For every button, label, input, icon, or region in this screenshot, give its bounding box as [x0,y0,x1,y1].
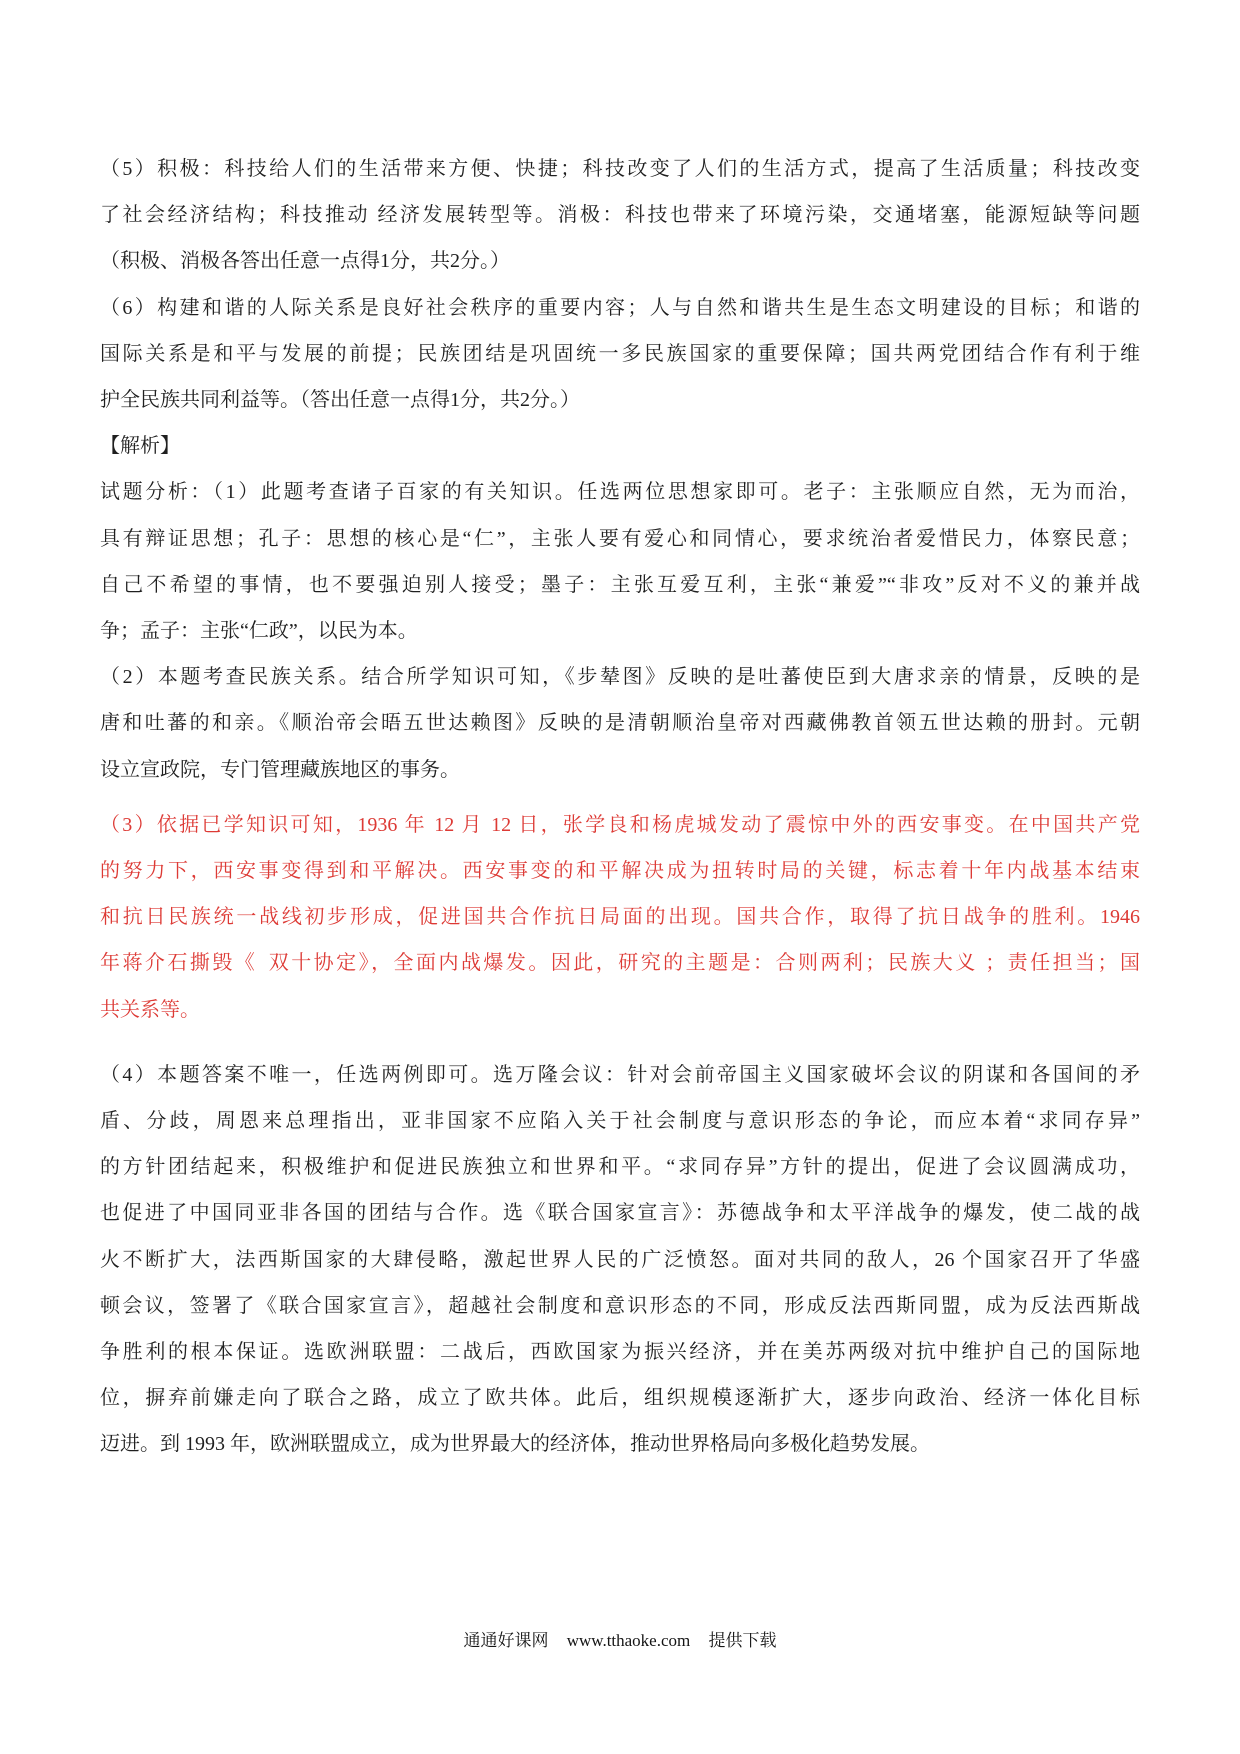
text-line: （积极、消极各答出任意一点得1分，共2分。） [100,238,1140,284]
answer-point-6: （6）构建和谐的人际关系是良好社会秩序的重要内容；人与自然和谐共生是生态文明建设… [100,285,1140,424]
page-footer: 通通好课网 www.tthaoke.com 提供下载 [0,1630,1240,1652]
text-line: 了社会经济结构；科技推动 经济发展转型等。消极：科技也带来了环境污染，交通堵塞，… [100,192,1140,238]
text-line: 迈进。到 1993 年，欧洲联盟成立，成为世界最大的经济体，推动世界格局向多极化… [100,1421,1140,1467]
text-line: （6）构建和谐的人际关系是良好社会秩序的重要内容；人与自然和谐共生是生态文明建设… [100,285,1140,331]
text-line: （3）依据已学知识可知，1936 年 12 月 12 日，张学良和杨虎城发动了震… [100,802,1140,848]
text-line: 顿会议，签署了《联合国家宣言》，超越社会制度和意识形态的不同，形成反法西斯同盟，… [100,1283,1140,1329]
answer-point-5: （5）积极：科技给人们的生活带来方便、快捷；科技改变了人们的生活方式，提高了生活… [100,146,1140,285]
analysis-point-1: 试题分析：（1）此题考查诸子百家的有关知识。任选两位思想家即可。老子：主张顺应自… [100,469,1140,654]
footer-note: 提供下载 [709,1631,777,1650]
text-line: 自己不希望的事情，也不要强迫别人接受；墨子：主张互爱互利，主张“兼爱”“非攻”反… [100,562,1140,608]
text-segment: 年蒋介石撕毁《 [100,952,257,974]
text-line: 唐和吐蕃的和亲。《顺治帝会晤五世达赖图》反映的是清朝顺治皇帝对西藏佛教首领五世达… [100,700,1140,746]
analysis-point-2: （2）本题考查民族关系。结合所学知识可知，《步辇图》反映的是吐蕃使臣到大唐求亲的… [100,654,1140,793]
text-line: 共关系等。 [100,987,1140,1033]
text-line: 的努力下，西安事变得到和平解决。西安事变的和平解决成为扭转时局的关键，标志着十年… [100,848,1140,894]
text-line: 试题分析：（1）此题考查诸子百家的有关知识。任选两位思想家即可。老子：主张顺应自… [100,469,1140,515]
analysis-heading: 【解析】 [100,423,1140,469]
text-line: 护全民族共同利益等。（答出任意一点得1分，共2分。） [100,377,1140,423]
text-segment: 双十协定》，全面内战爆发。因此，研究的主题是：合则两利；民族大义 ；责任担当；国 [266,952,1140,974]
text-line: 国际关系是和平与发展的前提；民族团结是巩固统一多民族国家的重要保障；国共两党团结… [100,331,1140,377]
text-line: 争；孟子：主张“仁政”，以民为本。 [100,608,1140,654]
text-line: 设立宣政院，专门管理藏族地区的事务。 [100,747,1140,793]
text-line: 具有辩证思想；孔子：思想的核心是“仁”，主张人要有爱心和同情心，要求统治者爱惜民… [100,516,1140,562]
text-line: 年蒋介石撕毁《 双十协定》，全面内战爆发。因此，研究的主题是：合则两利；民族大义… [100,940,1140,986]
text-line: 火不断扩大，法西斯国家的大肆侵略，激起世界人民的广泛愤怒。面对共同的敌人，26 … [100,1237,1140,1283]
text-line: 和抗日民族统一战线初步形成，促进国共合作抗日局面的出现。国共合作，取得了抗日战争… [100,894,1140,940]
text-line: 盾、分歧，周恩来总理指出，亚非国家不应陷入关于社会制度与意识形态的争论，而应本着… [100,1098,1140,1144]
text-line: 也促进了中国同亚非各国的团结与合作。选《联合国家宣言》：苏德战争和太平洋战争的爆… [100,1190,1140,1236]
document-body: （5）积极：科技给人们的生活带来方便、快捷；科技改变了人们的生活方式，提高了生活… [100,146,1140,1468]
text-line: 的方针团结起来，积极维护和促进民族独立和世界和平。“求同存异”方针的提出，促进了… [100,1144,1140,1190]
text-line: 位，摒弃前嫌走向了联合之路，成立了欧共体。此后，组织规模逐渐扩大，逐步向政治、经… [100,1375,1140,1421]
footer-url: www.tthaoke.com [567,1631,691,1650]
text-line: 争胜利的根本保证。选欧洲联盟：二战后，西欧国家为振兴经济，并在美苏两级对抗中维护… [100,1329,1140,1375]
text-line: （4）本题答案不唯一，任选两例即可。选万隆会议：针对会前帝国主义国家破坏会议的阴… [100,1052,1140,1098]
document-page: （5）积极：科技给人们的生活带来方便、快捷；科技改变了人们的生活方式，提高了生活… [0,0,1240,1754]
analysis-point-4: （4）本题答案不唯一，任选两例即可。选万隆会议：针对会前帝国主义国家破坏会议的阴… [100,1052,1140,1468]
text-line: （2）本题考查民族关系。结合所学知识可知，《步辇图》反映的是吐蕃使臣到大唐求亲的… [100,654,1140,700]
text-line: 【解析】 [100,423,1140,469]
text-line: （5）积极：科技给人们的生活带来方便、快捷；科技改变了人们的生活方式，提高了生活… [100,146,1140,192]
footer-site-name: 通通好课网 [463,1631,548,1650]
analysis-point-3: （3）依据已学知识可知，1936 年 12 月 12 日，张学良和杨虎城发动了震… [100,802,1140,1033]
